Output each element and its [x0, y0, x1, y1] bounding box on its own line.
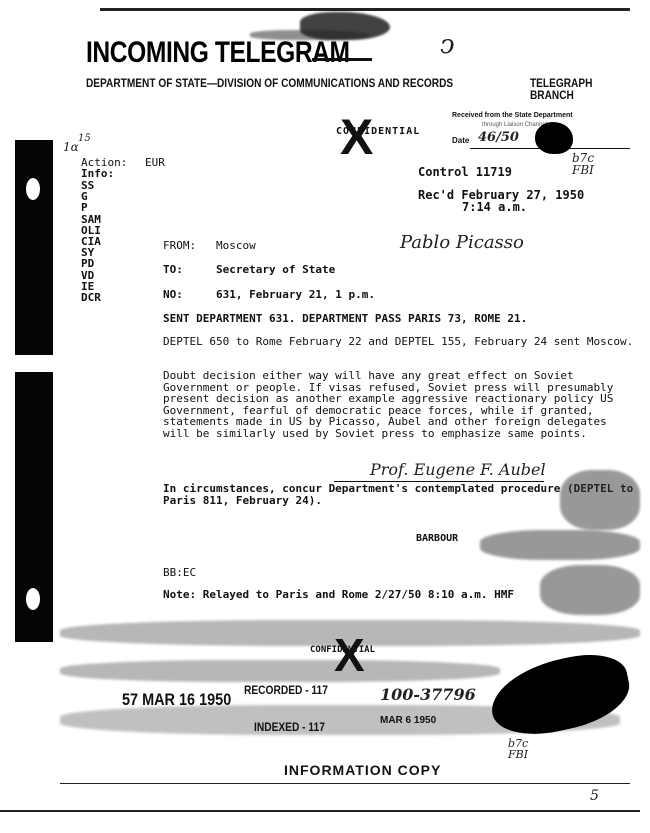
punch-hole: [26, 588, 40, 610]
info-label: Info:: [81, 168, 114, 180]
body-sent-line: SENT DEPARTMENT 631. DEPARTMENT PASS PAR…: [163, 313, 633, 325]
redaction-blot: [535, 122, 573, 154]
strike-x-icon: X: [334, 628, 365, 682]
telegram-title: INCOMING TELEGRAM: [86, 36, 350, 70]
redaction-code-fbi: b7c FBI: [572, 152, 612, 176]
recorded-stamp: RECORDED - 117: [244, 683, 328, 697]
to-value: Secretary of State: [216, 264, 335, 276]
file-number: 15: [78, 133, 91, 144]
file-number-stamp: 100-37796: [380, 685, 476, 704]
hand-mark: ↄ: [440, 30, 455, 60]
scan-noise: [540, 565, 640, 615]
received-date-value: 46/50: [478, 130, 519, 145]
binder-strip-top: [15, 140, 53, 355]
relay-note: Note: Relayed to Paris and Rome 2/27/50 …: [163, 589, 514, 601]
punch-hole: [26, 178, 40, 200]
handwritten-annotation: Prof. Eugene F. Aubel: [370, 460, 546, 479]
department-line: DEPARTMENT OF STATE—DIVISION OF COMMUNIC…: [86, 78, 453, 90]
title-strike: [312, 58, 372, 61]
info-code: PD: [81, 258, 101, 269]
strike-x-icon: X: [340, 108, 373, 166]
scan-noise: [60, 660, 500, 682]
date-stamp: 57 MAR 16 1950: [122, 690, 231, 710]
bottom-rule: [0, 810, 640, 812]
received-time: 7:14 a.m.: [462, 202, 527, 214]
scan-noise: [480, 530, 640, 560]
handwritten-subject: Pablo Picasso: [400, 232, 524, 253]
signature: BARBOUR: [416, 533, 458, 545]
body-paragraph-1: DEPTEL 650 to Rome February 22 and DEPTE…: [163, 336, 638, 348]
received-date-label: Date: [452, 136, 469, 145]
branch-label: TELEGRAPH BRANCH: [530, 78, 636, 102]
mar-date-stamp: MAR 6 1950: [380, 715, 436, 726]
number-label: NO:: [163, 289, 183, 301]
scan-noise: [560, 470, 640, 530]
info-code: P: [81, 202, 101, 213]
file-prefix: 1ɑ: [63, 140, 79, 154]
action-value: EUR: [145, 157, 165, 169]
footer-rule: [60, 783, 630, 784]
redaction-code-fbi: b7c FBI: [508, 738, 548, 760]
info-list: SS G P SAM OLI CIA SY PD VD IE DCR: [81, 180, 101, 303]
redaction-blot: [484, 646, 635, 744]
page-number: 5: [590, 788, 599, 804]
received-stamp-line1: Received from the State Department: [452, 112, 573, 119]
number-value: 631, February 21, 1 p.m.: [216, 289, 375, 301]
top-rule: [100, 8, 630, 11]
body-paragraph-2: Doubt decision either way will have any …: [163, 370, 638, 440]
drafter-initials: BB:EC: [163, 567, 196, 579]
to-label: TO:: [163, 264, 183, 276]
from-label: FROM:: [163, 240, 196, 252]
from-value: Moscow: [216, 240, 256, 252]
info-code: DCR: [81, 292, 101, 303]
information-copy-label: INFORMATION COPY: [284, 762, 441, 778]
control-number: Control 11719: [418, 167, 512, 179]
info-code: VD: [81, 270, 101, 281]
indexed-stamp: INDEXED - 117: [254, 720, 325, 734]
